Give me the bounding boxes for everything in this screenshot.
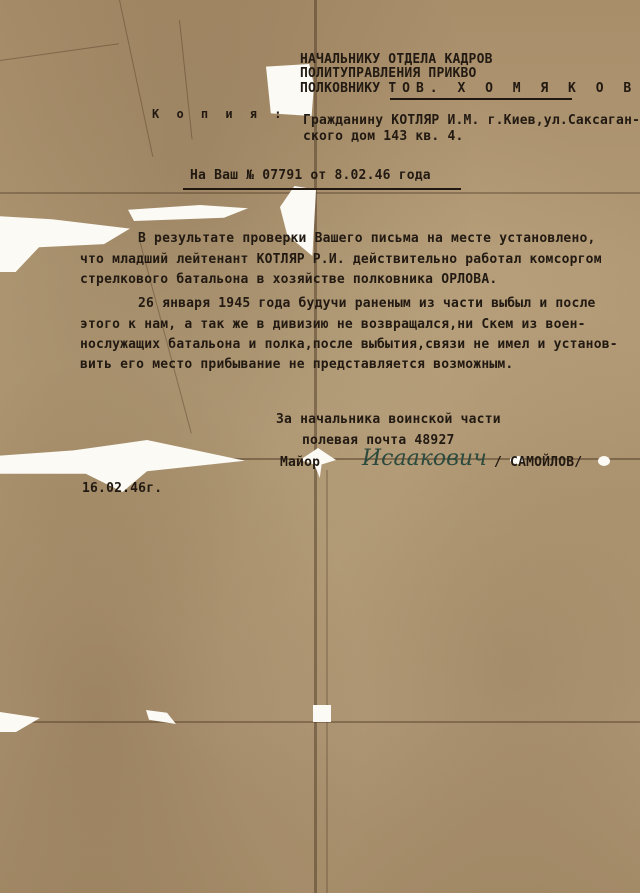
scanned-letter: НАЧАЛЬНИКУ ОТДЕЛА КАДРОВ ПОЛИТУПРАВЛЕНИЯ… xyxy=(0,0,640,893)
signature-title: За начальника воинской части xyxy=(276,412,501,427)
addressee-underline xyxy=(390,98,572,100)
body-line-3: стрелкового батальона в хозяйстве полков… xyxy=(80,272,497,287)
body-line-2: что младший лейтенант КОТЛЯР Р.И. действ… xyxy=(80,252,602,267)
reference-number: На Ваш № 07791 от 8.02.46 года xyxy=(190,168,431,183)
body-line-7: вить его место прибывание не представляе… xyxy=(80,357,513,372)
signer-rank: Майор xyxy=(280,455,320,470)
paper-tear xyxy=(128,205,248,221)
horizontal-fold-top xyxy=(0,192,640,194)
copy-to-line-1: Гражданину КОТЛЯР И.М. г.Киев,ул.Саксага… xyxy=(303,113,640,128)
paper-tear xyxy=(598,456,610,466)
vertical-fold-secondary xyxy=(326,470,328,893)
addressee-line-1: НАЧАЛЬНИКУ ОТДЕЛА КАДРОВ xyxy=(300,52,493,67)
addressee-line-2: ПОЛИТУПРАВЛЕНИЯ ПРИКВО xyxy=(300,66,477,81)
paper-tear xyxy=(313,705,331,722)
crease xyxy=(0,43,119,61)
addressee-rank: ПОЛКОВНИКУ xyxy=(300,81,380,96)
signer-name: / САМОЙЛОВ/ xyxy=(494,455,582,470)
handwritten-signature: Исаакович xyxy=(362,446,487,471)
body-line-5: этого к нам, а так же в дивизию не возвр… xyxy=(80,317,586,332)
addressee-name: ТОВ. Х О М Я К О В У. xyxy=(388,81,640,96)
body-line-4: 26 января 1945 года будучи раненым из ча… xyxy=(138,296,596,311)
reference-underline xyxy=(183,188,461,190)
crease xyxy=(179,20,193,139)
crease xyxy=(119,0,153,157)
body-line-6: нослужащих батальона и полка,после выбыт… xyxy=(80,337,618,352)
body-line-1: В результате проверки Вашего письма на м… xyxy=(138,231,596,246)
copy-to-line-2: ского дом 143 кв. 4. xyxy=(303,129,464,144)
copy-label: К о п и я : xyxy=(152,107,286,121)
document-date: 16.02.46г. xyxy=(82,481,162,496)
addressee-line-3: ПОЛКОВНИКУ ТОВ. Х О М Я К О В У. xyxy=(300,81,640,96)
